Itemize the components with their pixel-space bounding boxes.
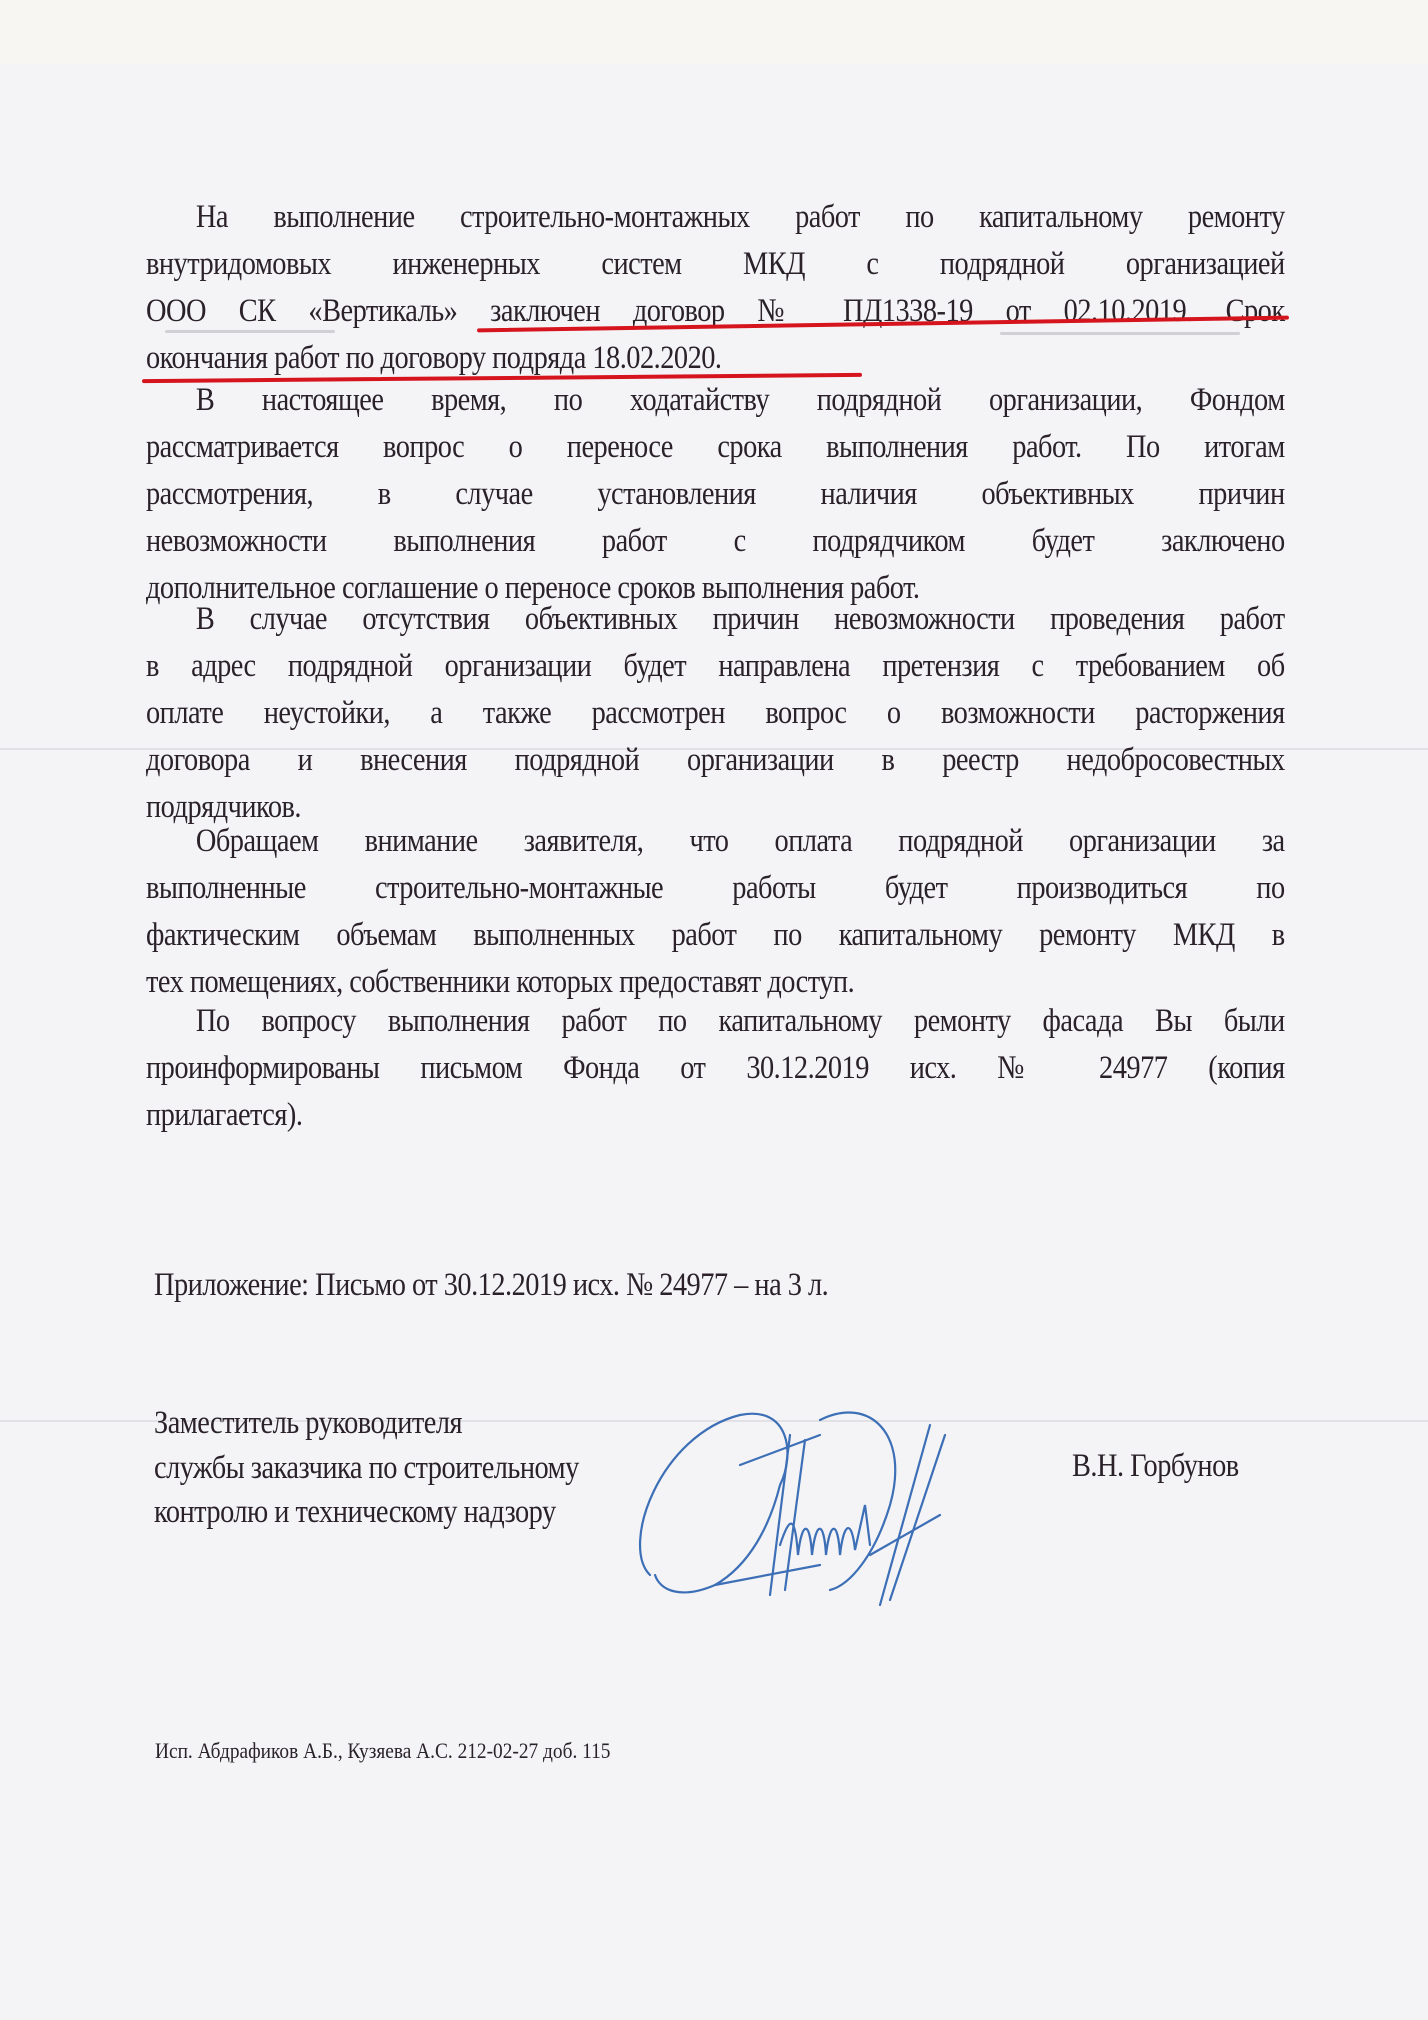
text-line: фактическим объемам выполненных работ по… <box>146 912 1285 959</box>
paragraph-payment: Обращаем внимание заявителя, что оплата … <box>146 818 1285 1006</box>
text-line: Обращаем внимание заявителя, что оплата … <box>146 818 1285 865</box>
text-line: проинформированы письмом Фонда от 30.12.… <box>146 1045 1285 1092</box>
paragraph-claim: В случае отсутствия объективных причин н… <box>146 596 1285 831</box>
paragraph-facade: По вопросу выполнения работ по капитальн… <box>146 998 1285 1139</box>
gray-underline <box>165 330 335 333</box>
text-line: По вопросу выполнения работ по капитальн… <box>146 998 1285 1045</box>
paragraph-contract: На выполнение строительно-монтажных рабо… <box>146 194 1285 382</box>
paragraph-deadline-review: В настоящее время, по ходатайству подряд… <box>146 377 1285 612</box>
text-line: прилагается). <box>146 1092 1285 1139</box>
signatory-title-line: контролю и техническому надзору <box>154 1494 556 1531</box>
text-line: договора и внесения подрядной организаци… <box>146 737 1285 784</box>
attachment-note: Приложение: Письмо от 30.12.2019 исх. № … <box>154 1267 828 1304</box>
signatory-title-line: службы заказчика по строительному <box>154 1450 579 1487</box>
text-line: рассматривается вопрос о переносе срока … <box>146 424 1285 471</box>
signatory-name: В.Н. Горбунов <box>1072 1448 1239 1485</box>
gray-underline <box>1000 332 1240 335</box>
text-line: внутридомовых инженерных систем МКД с по… <box>146 241 1285 288</box>
text-line: невозможности выполнения работ с подрядч… <box>146 518 1285 565</box>
signatory-title-line: Заместитель руководителя <box>154 1405 462 1442</box>
executor-footer: Исп. Абдрафиков А.Б., Кузяева А.С. 212-0… <box>155 1738 610 1764</box>
text-line: в адрес подрядной организации будет напр… <box>146 643 1285 690</box>
text-line: рассмотрения, в случае установления нали… <box>146 471 1285 518</box>
text-line: оплате неустойки, а также рассмотрен воп… <box>146 690 1285 737</box>
scan-top-strip <box>0 0 1428 65</box>
text-line: В случае отсутствия объективных причин н… <box>146 596 1285 643</box>
text-line: выполненные строительно-монтажные работы… <box>146 865 1285 912</box>
text-line: В настоящее время, по ходатайству подряд… <box>146 377 1285 424</box>
handwritten-signature-icon <box>620 1395 1040 1615</box>
text-line: На выполнение строительно-монтажных рабо… <box>146 194 1285 241</box>
